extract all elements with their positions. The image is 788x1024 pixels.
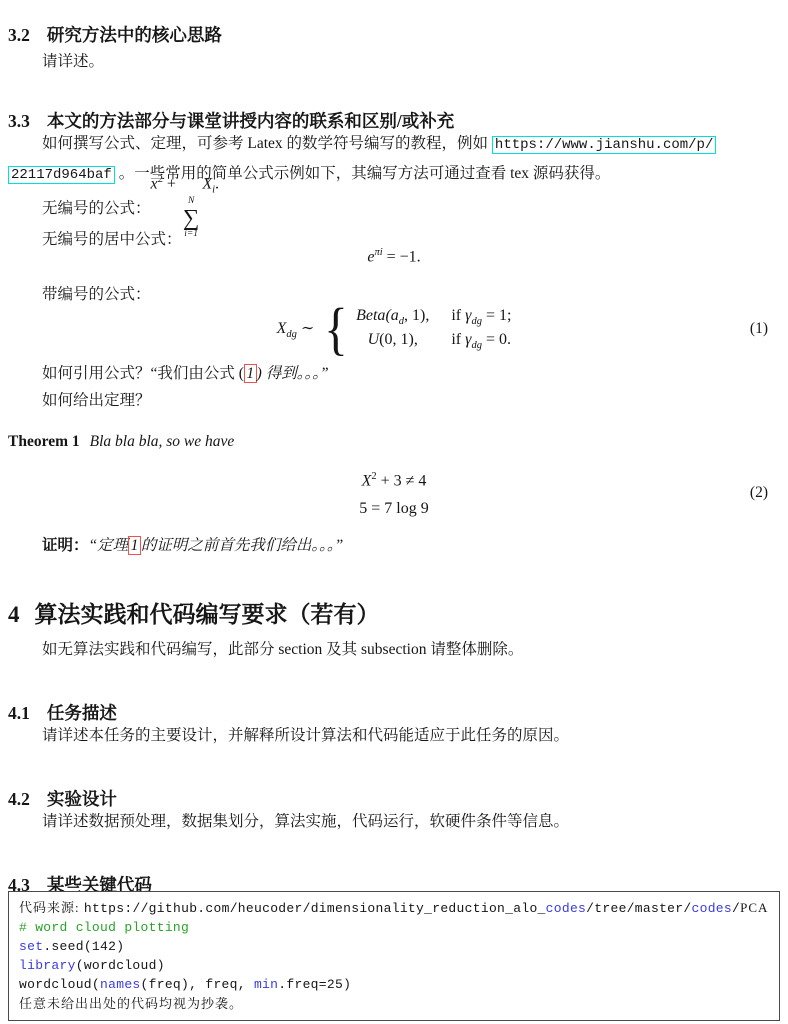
paragraph-3-2: 请详述。 [8,48,780,75]
theorem-ref-link[interactable]: 1 [128,536,141,555]
heading-number: 4.1 [8,701,30,725]
euler-equation: eπi = −1. [8,247,780,266]
heading-3-3: 3.3本文的方法部分与课堂讲授内容的联系和区别/或补充 [8,109,780,133]
heading-3-2: 3.2研究方法中的核心思路 [8,23,780,47]
heading-title: 本文的方法部分与课堂讲授内容的联系和区别/或补充 [47,111,454,131]
case-condition: if γdg = 0. [451,331,511,351]
code-text: (freq), freq, [141,977,254,992]
paragraph-4: 如无算法实践和代码编写，此部分 section 及其 subsection 请整… [8,636,780,663]
code-text: 代码来源: [19,900,84,915]
heading-title: 任务描述 [47,703,117,723]
heading-number: 3.2 [8,23,30,47]
cases-rows: Beta(ad, 1), if γdg = 1; U(0, 1), if γdg… [356,307,511,351]
code-text: 任意未给出出处的代码均视为抄袭。 [19,996,243,1011]
code-text: .freq=25) [278,977,351,992]
code-comment: # word cloud plotting [19,920,189,935]
equation-number: (2) [750,484,768,502]
code-text: (wordcloud) [76,958,165,973]
paragraph-3-3: 如何撰写公式、定理，可参考 Latex 的数学符号编写的教程，例如 https:… [8,130,780,189]
equation-ref-link[interactable]: 1 [244,364,257,383]
code-text: / [732,901,740,916]
inline-formula-line: 无编号的公式： x2 + N∑i=1Xi. [8,185,780,229]
code-keyword: names [100,977,141,992]
code-text: wordcloud( [19,977,100,992]
code-text: /tree/master/ [586,901,691,916]
case-formula: Beta(ad, 1), [356,307,429,327]
heading-title: 算法实践和代码编写要求（若有） [35,602,380,627]
external-link-url-part1[interactable]: https://www.jianshu.com/p/ [492,136,716,154]
document-page: 3.2研究方法中的核心思路 请详述。 3.3本文的方法部分与课堂讲授内容的联系和… [0,0,788,1024]
code-line: set.seed(142) [19,937,769,956]
code-lines: 代码来源: https://github.com/heucoder/dimens… [19,898,769,1014]
formula-label: 无编号的公式： [42,196,151,218]
heading-4-2: 4.2实验设计 [8,787,780,811]
equation-number: (1) [750,320,768,338]
code-text: .seed(142) [43,939,124,954]
howto-cite-line: 如何引用公式？“我们由公式 (1) 得到。。。” [8,360,780,387]
heading-number: 3.3 [8,109,30,133]
theorem-1: Theorem 1Bla bla bla, so we have [8,428,780,455]
equation-lhs: Xdg ∼ [277,318,315,340]
paragraph-4-1: 请详述本任务的主要设计，并解释所设计算法和代码能适应于此任务的原因。 [8,722,780,749]
howto-theorem-line: 如何给出定理？ [8,387,780,414]
paragraph-text: 如何撰写公式、定理，可参考 Latex 的数学符号编写的教程，例如 [42,135,492,152]
proof-label: 证明： [42,537,89,554]
case-formula: U(0, 1), [356,331,429,351]
heading-4: 4算法实践和代码编写要求（若有） [8,600,780,630]
proof-line: 证明：“定理1的证明之前首先我们给出。。。” [8,532,780,559]
equation-line: X2 + 3 ≠ 4 [359,463,428,495]
code-line: wordcloud(names(freq), freq, min.freq=25… [19,975,769,994]
code-text: PCA [740,900,768,915]
code-keyword: codes [692,901,733,916]
code-line: # word cloud plotting [19,918,769,937]
code-keyword: min [254,977,278,992]
equation-1: Xdg ∼ { Beta(ad, 1), if γdg = 1; U(0, 1)… [8,300,780,358]
equation-2: X2 + 3 ≠ 4 5 = 7 log 9 (2) [8,464,780,522]
code-line: 代码来源: https://github.com/heucoder/dimens… [19,898,769,918]
equation-lines: X2 + 3 ≠ 4 5 = 7 log 9 [359,463,428,523]
code-keyword: library [19,958,76,973]
heading-4-1: 4.1任务描述 [8,701,780,725]
theorem-label: Theorem 1 [8,433,80,450]
case-condition: if γdg = 1; [451,307,511,327]
paragraph-4-2: 请详述数据预处理，数据集划分，算法实施，代码运行，软硬件条件等信息。 [8,808,780,835]
external-link-url-part2[interactable]: 22117d964baf [8,166,115,184]
heading-title: 研究方法中的核心思路 [47,25,222,45]
code-keyword: set [19,939,43,954]
code-line: library(wordcloud) [19,956,769,975]
code-line: 任意未给出出处的代码均视为抄袭。 [19,994,769,1014]
code-keyword: codes [546,901,587,916]
equation-line: 5 = 7 log 9 [359,495,428,523]
heading-number: 4 [8,602,20,627]
code-text: https://github.com/heucoder/dimensionali… [84,901,546,916]
heading-title: 实验设计 [47,789,117,809]
theorem-text: Bla bla bla, so we have [90,433,235,450]
code-block: 代码来源: https://github.com/heucoder/dimens… [8,891,780,1021]
heading-number: 4.2 [8,787,30,811]
